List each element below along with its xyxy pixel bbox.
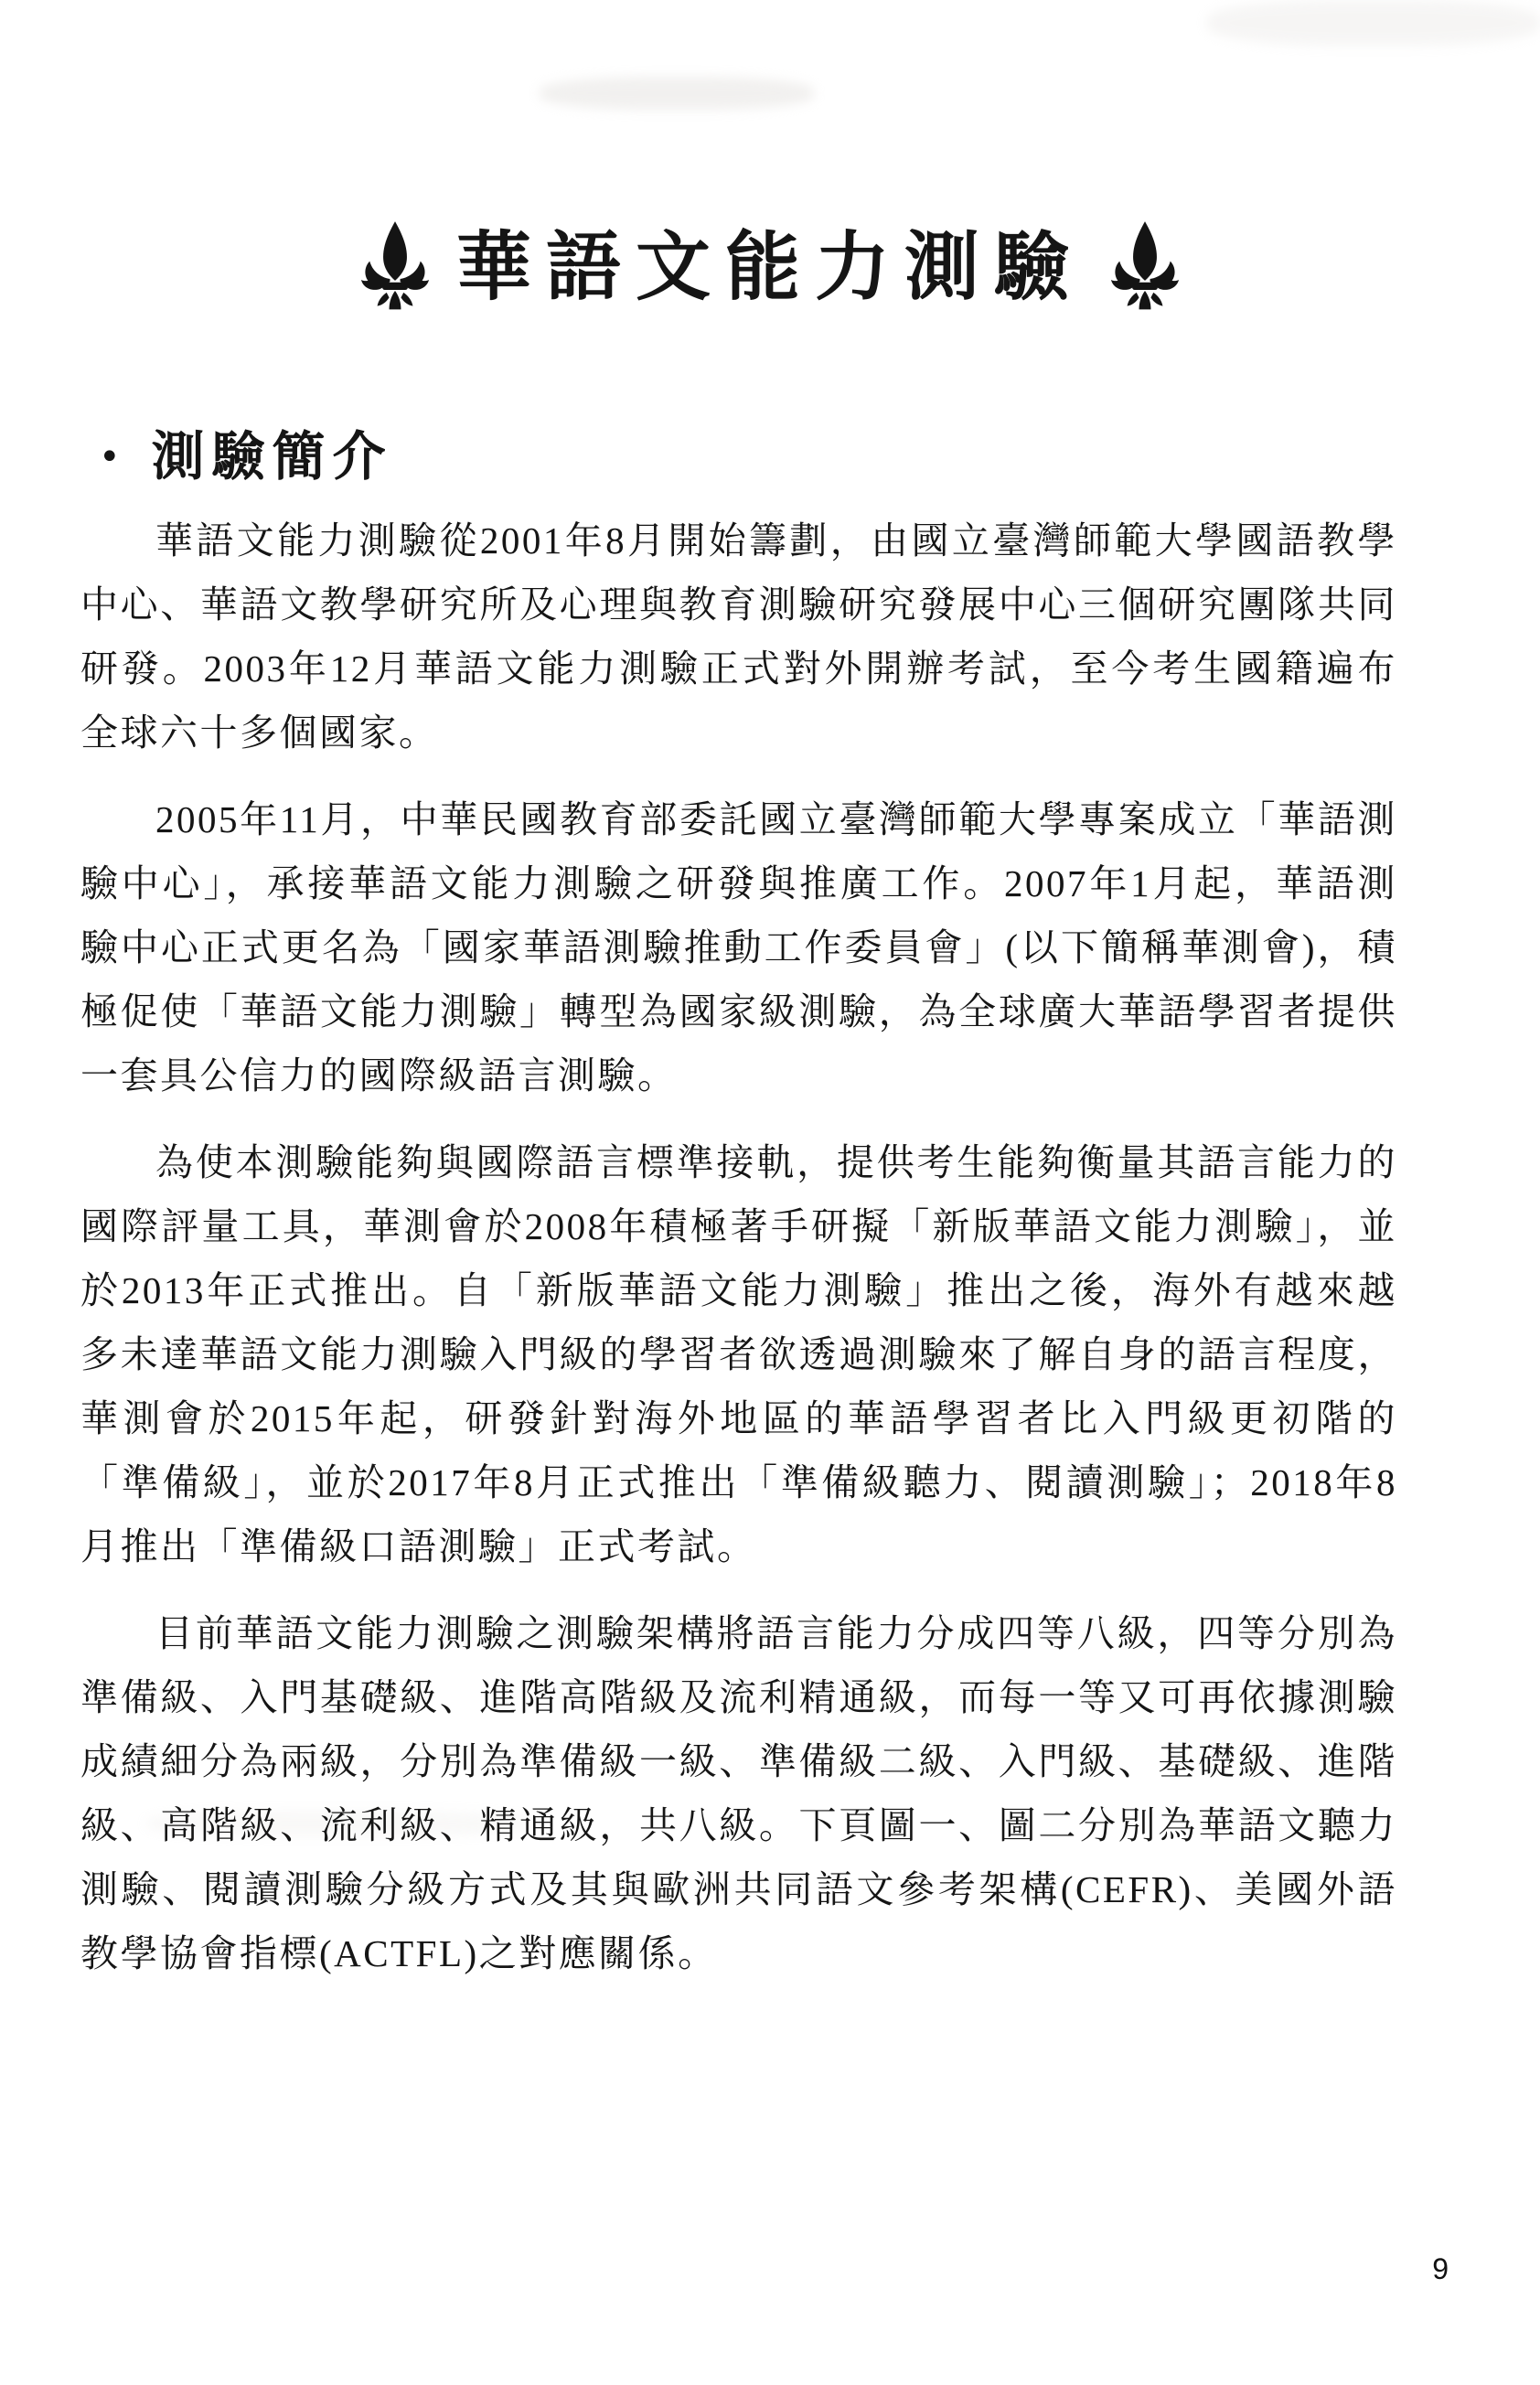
bullet-icon: • xyxy=(99,439,121,476)
page-number: 9 xyxy=(1432,2252,1449,2286)
scan-artifact xyxy=(1207,0,1540,46)
title-row: 華語文能力測驗 xyxy=(0,221,1540,315)
paragraph-levels: 目前華語文能力測驗之測驗架構將語言能力分成四等八級，四等分別為準備級、入門基礎級… xyxy=(80,1601,1397,1985)
document-page: 華語文能力測驗 • 測驗簡介 華語文能力測驗從2001年8月開始籌劃，由國立臺灣… xyxy=(0,0,1540,2385)
paragraph-new-version: 為使本測驗能夠與國際語言標準接軌，提供考生能夠衡量其語言能力的國際評量工具，華測… xyxy=(80,1130,1397,1578)
body-text: 華語文能力測驗從2001年8月開始籌劃，由國立臺灣師範大學國語教學中心、華語文教… xyxy=(80,508,1397,2008)
paragraph-intro: 華語文能力測驗從2001年8月開始籌劃，由國立臺灣師範大學國語教學中心、華語文教… xyxy=(80,508,1397,765)
scan-artifact xyxy=(540,77,814,110)
fleur-de-lis-icon xyxy=(1111,221,1179,315)
paragraph-history: 2005年11月，中華民國教育部委託國立臺灣師範大學專案成立「華語測驗中心」，承… xyxy=(80,787,1397,1107)
fleur-de-lis-icon xyxy=(361,221,429,315)
section-heading: 測驗簡介 xyxy=(152,413,393,490)
section-heading-row: • 測驗簡介 xyxy=(99,413,393,490)
document-title: 華語文能力測驗 xyxy=(456,223,1084,313)
